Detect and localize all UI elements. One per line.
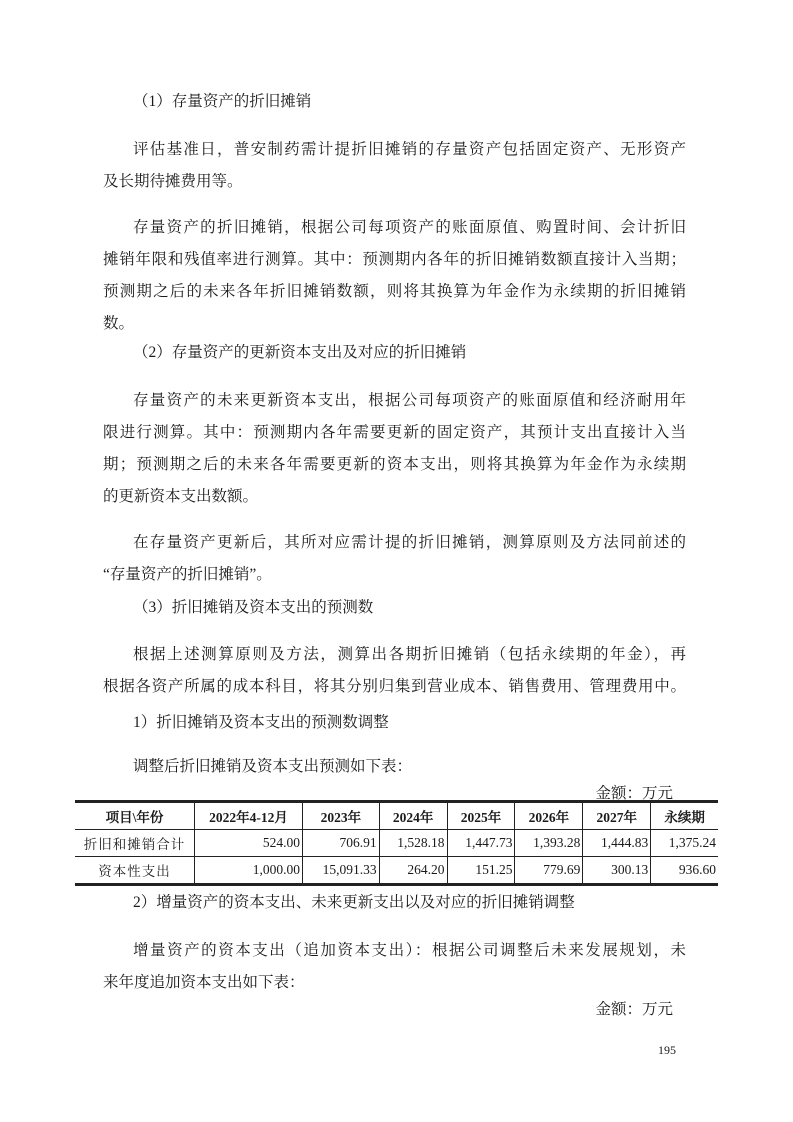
table-cell: 300.13 [583,857,651,885]
table-cell: 1,444.83 [583,830,651,857]
paragraph-line: 限进行测算。其中：预测期内各年需要更新的固定资产，其预计支出直接计入当 [103,423,686,443]
table-cell: 15,091.33 [303,857,380,885]
paragraph-line: 存量资产的未来更新资本支出，根据公司每项资产的账面原值和经济耐用年 [133,391,686,411]
table-header-cell: 2025年 [447,802,515,830]
paragraph-line: 数。 [103,314,686,334]
table-intro: 调整后折旧摊销及资本支出预测如下表： [133,757,716,777]
paragraph-line: 根据上述测算原则及方法，测算出各期折旧摊销（包括永续期的年金），再 [133,645,686,665]
table-header-cell: 2026年 [515,802,583,830]
table-header-cell: 2022年4-12月 [195,802,303,830]
paragraph-line: 存量资产的折旧摊销，根据公司每项资产的账面原值、购置时间、会计折旧 [133,218,686,238]
unit-label: 金额：万元 [595,997,673,1019]
table-cell: 779.69 [515,857,583,885]
paragraph-line: 增量资产的资本支出（追加资本支出）：根据公司调整后未来发展规划，未 [133,941,686,961]
paragraph-line: 的更新资本支出数额。 [103,487,686,507]
table-row: 折旧和摊销合计 524.00 706.91 1,528.18 1,447.73 … [75,830,718,857]
table-header-cell: 2024年 [379,802,447,830]
table-cell: 1,375.24 [651,830,718,857]
forecast-table: 项目\年份 2022年4-12月 2023年 2024年 2025年 2026年… [75,800,718,886]
table-row: 资本性支出 1,000.00 15,091.33 264.20 151.25 7… [75,857,718,885]
table-cell: 936.60 [651,857,718,885]
table-header-cell: 项目\年份 [75,802,195,830]
heading-1: （1）存量资产的折旧摊销 [133,92,716,112]
paragraph-line: 预测期之后的未来各年折旧摊销数额，则将其换算为年金作为永续期的折旧摊销 [103,282,686,302]
table-cell: 1,393.28 [515,830,583,857]
table-header-cell: 2027年 [583,802,651,830]
paragraph-line: 及长期待摊费用等。 [103,172,686,192]
table-cell: 151.25 [447,857,515,885]
table-header-cell: 永续期 [651,802,718,830]
paragraph-line: 期；预测期之后的未来各年需要更新的资本支出，则将其换算为年金作为永续期 [103,455,686,475]
table-cell: 1,447.73 [447,830,515,857]
row-label: 折旧和摊销合计 [75,830,195,857]
heading-3: （3）折旧摊销及资本支出的预测数 [133,598,716,618]
table-cell: 524.00 [195,830,303,857]
table-cell: 1,528.18 [379,830,447,857]
table-cell: 1,000.00 [195,857,303,885]
paragraph-line: 评估基准日，普安制药需计提折旧摊销的存量资产包括固定资产、无形资产 [133,140,686,160]
table-cell: 706.91 [303,830,380,857]
table-header-row: 项目\年份 2022年4-12月 2023年 2024年 2025年 2026年… [75,802,718,830]
paragraph-line: 在存量资产更新后，其所对应需计提的折旧摊销，测算原则及方法同前述的 [133,533,686,553]
subheading-2: 2）增量资产的资本支出、未来更新支出以及对应的折旧摊销调整 [133,893,716,913]
paragraph-line: 根据各资产所属的成本科目，将其分别归集到营业成本、销售费用、管理费用中。 [103,677,686,697]
subheading-1: 1）折旧摊销及资本支出的预测数调整 [133,713,716,733]
paragraph-line: 来年度追加资本支出如下表： [103,973,686,993]
row-label: 资本性支出 [75,857,195,885]
paragraph-line: 摊销年限和残值率进行测算。其中：预测期内各年的折旧摊销数额直接计入当期； [103,250,686,270]
table-header-cell: 2023年 [303,802,380,830]
heading-2: （2）存量资产的更新资本支出及对应的折旧摊销 [133,343,716,363]
table-cell: 264.20 [379,857,447,885]
paragraph-line: “存量资产的折旧摊销”。 [103,565,686,585]
page-number: 195 [658,1043,676,1058]
